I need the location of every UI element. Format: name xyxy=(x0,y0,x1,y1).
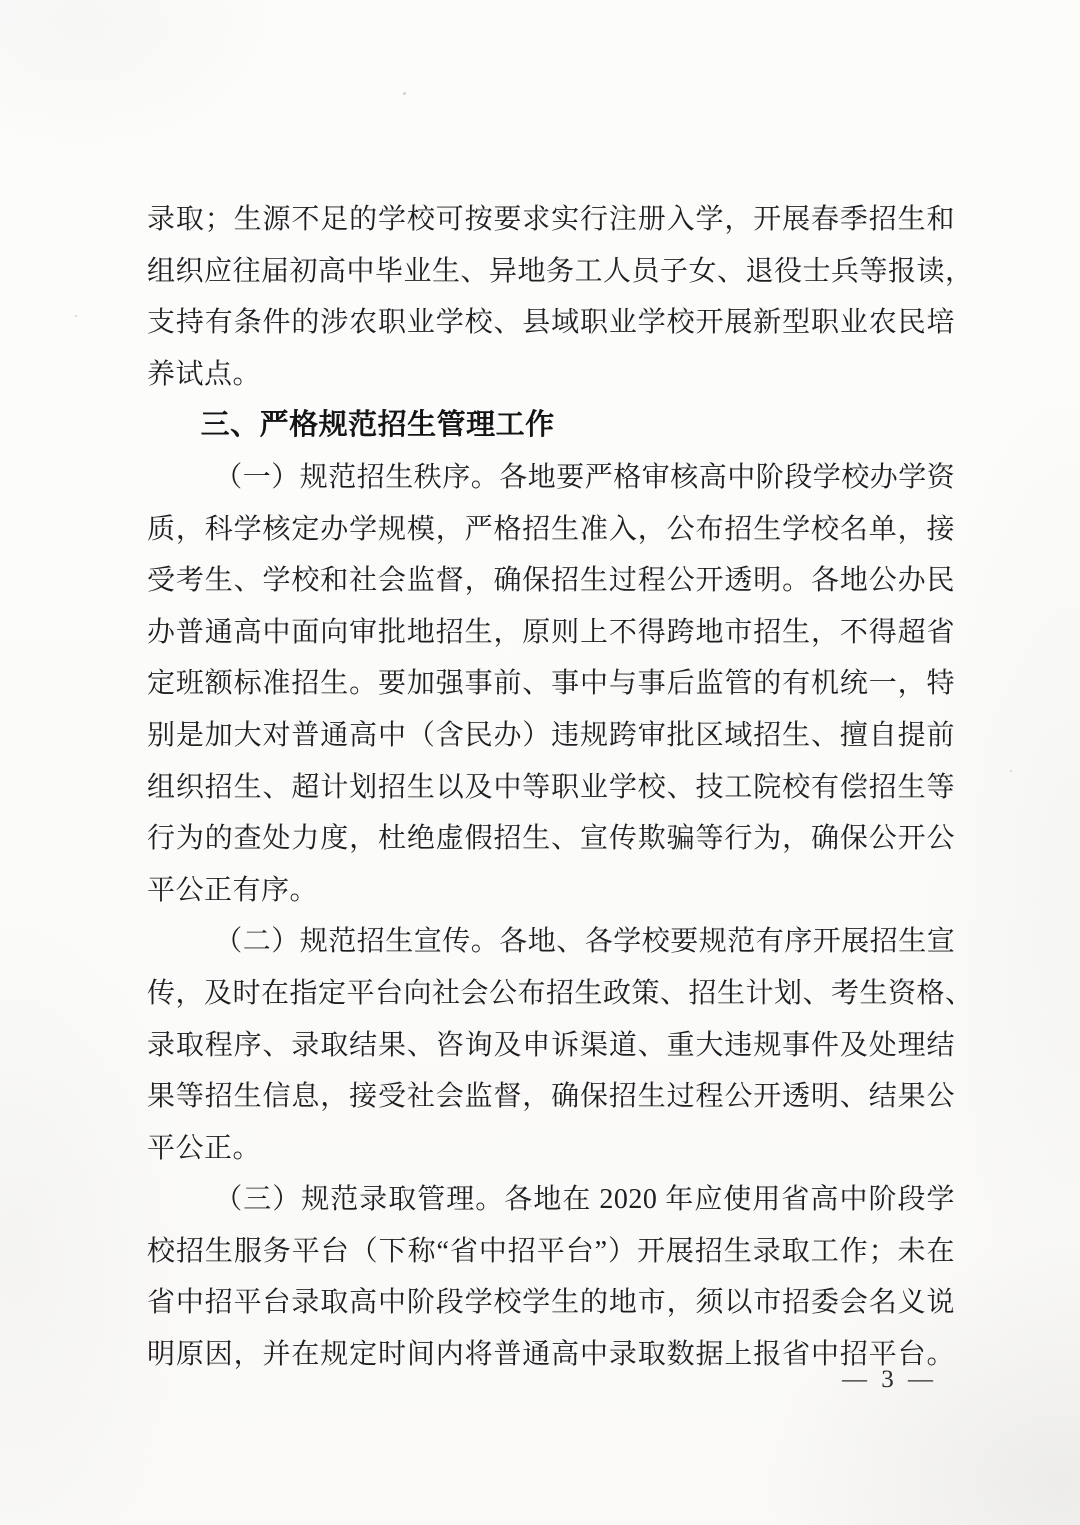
text-line: 组织招生、超计划招生以及中等职业学校、技工院校有偿招生等 xyxy=(147,762,955,814)
scanned-document-page: 录取；生源不足的学校可按要求实行注册入学，开展春季招生和 组织应往届初高中毕业生… xyxy=(0,0,1080,1525)
scan-speck xyxy=(75,315,77,317)
text-line: 行为的查处力度，杜绝虚假招生、宣传欺骗等行为，确保公开公 xyxy=(147,813,955,865)
text-line: （一）规范招生秩序。各地要严格审核高中阶段学校办学资 xyxy=(147,452,955,504)
paragraph-3: （三）规范录取管理。各地在 2020 年应使用省高中阶段学 校招生服务平台（下称… xyxy=(147,1174,955,1380)
text-line: 质，科学核定办学规模，严格招生准入，公布招生学校名单，接 xyxy=(147,504,955,556)
scan-speck xyxy=(1010,770,1012,772)
page-number: — 3 — xyxy=(842,1366,937,1394)
text-line: 支持有条件的涉农职业学校、县域职业学校开展新型职业农民培 xyxy=(147,297,955,349)
scan-speck xyxy=(403,92,406,95)
paragraph-continued: 录取；生源不足的学校可按要求实行注册入学，开展春季招生和 组织应往届初高中毕业生… xyxy=(147,194,955,400)
text-line: 平公正。 xyxy=(147,1123,955,1175)
text-line: 平公正有序。 xyxy=(147,865,955,917)
text-line: 养试点。 xyxy=(147,349,955,401)
text-line: 校招生服务平台（下称“省中招平台”）开展招生录取工作；未在 xyxy=(147,1226,955,1278)
text-line: 录取；生源不足的学校可按要求实行注册入学，开展春季招生和 xyxy=(147,194,955,246)
text-line: 组织应往届初高中毕业生、异地务工人员子女、退役士兵等报读， xyxy=(147,246,955,298)
text-line: 果等招生信息，接受社会监督，确保招生过程公开透明、结果公 xyxy=(147,1071,955,1123)
text-line: 录取程序、录取结果、咨询及申诉渠道、重大违规事件及处理结 xyxy=(147,1020,955,1072)
text-line: 别是加大对普通高中（含民办）违规跨审批区域招生、擅自提前 xyxy=(147,710,955,762)
paragraph-1: （一）规范招生秩序。各地要严格审核高中阶段学校办学资 质，科学核定办学规模，严格… xyxy=(147,452,955,916)
text-line: 传，及时在指定平台向社会公布招生政策、招生计划、考生资格、 xyxy=(147,968,955,1020)
text-line: （二）规范招生宣传。各地、各学校要规范有序开展招生宣 xyxy=(147,916,955,968)
text-line: 办普通高中面向审批地招生，原则上不得跨地市招生，不得超省 xyxy=(147,607,955,659)
paragraph-2: （二）规范招生宣传。各地、各学校要规范有序开展招生宣 传，及时在指定平台向社会公… xyxy=(147,916,955,1174)
text-line: 明原因，并在规定时间内将普通高中录取数据上报省中招平台。 xyxy=(147,1329,955,1381)
text-line: 省中招平台录取高中阶段学校学生的地市，须以市招委会名义说 xyxy=(147,1277,955,1329)
text-line: （三）规范录取管理。各地在 2020 年应使用省高中阶段学 xyxy=(147,1174,955,1226)
section-heading: 三、严格规范招生管理工作 xyxy=(147,400,955,452)
document-body: 录取；生源不足的学校可按要求实行注册入学，开展春季招生和 组织应往届初高中毕业生… xyxy=(147,194,955,1381)
text-line: 定班额标准招生。要加强事前、事中与事后监管的有机统一，特 xyxy=(147,658,955,710)
text-line: 受考生、学校和社会监督，确保招生过程公开透明。各地公办民 xyxy=(147,555,955,607)
